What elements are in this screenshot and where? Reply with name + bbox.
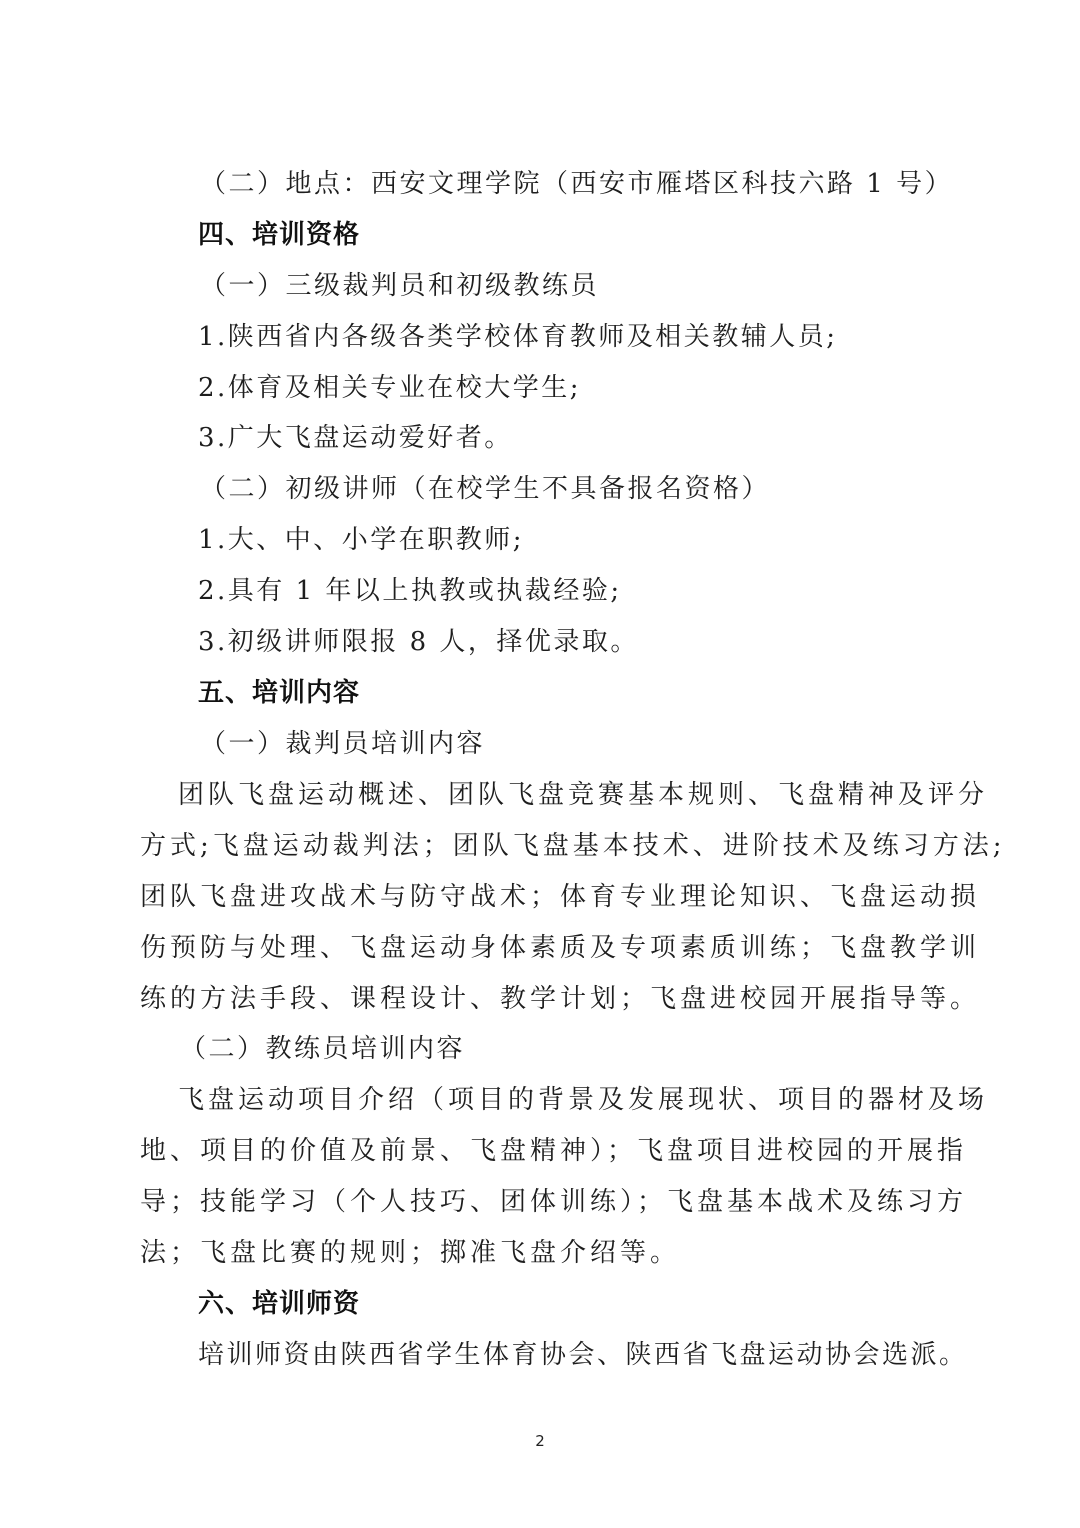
paragraph-line: 团队飞盘运动概述、团队飞盘竞赛基本规则、飞盘精神及评分: [178, 778, 988, 812]
subsection-title-referee-coach: （一）三级裁判员和初级教练员: [200, 269, 599, 303]
list-item: 3.广大飞盘运动爱好者。: [198, 421, 513, 455]
section-heading-instructors: 六、培训师资: [198, 1287, 360, 1321]
paragraph-line: 地、项目的价值及前景、飞盘精神）；飞盘项目进校园的开展指: [140, 1134, 967, 1168]
paragraph-line: 方式;飞盘运动裁判法；团队飞盘基本技术、进阶技术及练习方法;: [140, 829, 1006, 863]
page-number: 2: [0, 1432, 1080, 1450]
paragraph-line: 团队飞盘进攻战术与防守战术；体育专业理论知识、飞盘运动损: [140, 880, 980, 914]
section-heading-content: 五、培训内容: [198, 676, 360, 710]
location-line: （二）地点：西安文理学院（西安市雁塔区科技六路 1 号）: [200, 167, 953, 201]
paragraph-line: 伤预防与处理、飞盘运动身体素质及专项素质训练；飞盘教学训: [140, 931, 980, 965]
subsection-title-lecturer: （二）初级讲师（在校学生不具备报名资格）: [200, 472, 770, 506]
list-item: 1.大、中、小学在职教师;: [198, 523, 524, 557]
paragraph-line: 练的方法手段、课程设计、教学计划；飞盘进校园开展指导等。: [140, 982, 980, 1016]
list-item: 2.具有 1 年以上执教或执裁经验;: [198, 574, 622, 608]
document-page: （二）地点：西安文理学院（西安市雁塔区科技六路 1 号） 四、培训资格 （一）三…: [0, 0, 1080, 1528]
list-item: 2.体育及相关专业在校大学生;: [198, 371, 581, 405]
subsection-title-referee-content: （一）裁判员培训内容: [200, 727, 485, 761]
list-item: 1.陕西省内各级各类学校体育教师及相关教辅人员;: [198, 320, 838, 354]
list-item: 3.初级讲师限报 8 人，择优录取。: [198, 625, 639, 659]
paragraph-line: 培训师资由陕西省学生体育协会、陕西省飞盘运动协会选派。: [198, 1338, 968, 1372]
paragraph-line: 导；技能学习（个人技巧、团体训练）；飞盘基本战术及练习方: [140, 1185, 967, 1219]
subsection-title-coach-content: （二）教练员培训内容: [180, 1032, 465, 1066]
paragraph-line: 法；飞盘比赛的规则；掷准飞盘介绍等。: [140, 1236, 680, 1270]
section-heading-qualifications: 四、培训资格: [198, 218, 360, 252]
paragraph-line: 飞盘运动项目介绍（项目的背景及发展现状、项目的器材及场: [178, 1083, 988, 1117]
